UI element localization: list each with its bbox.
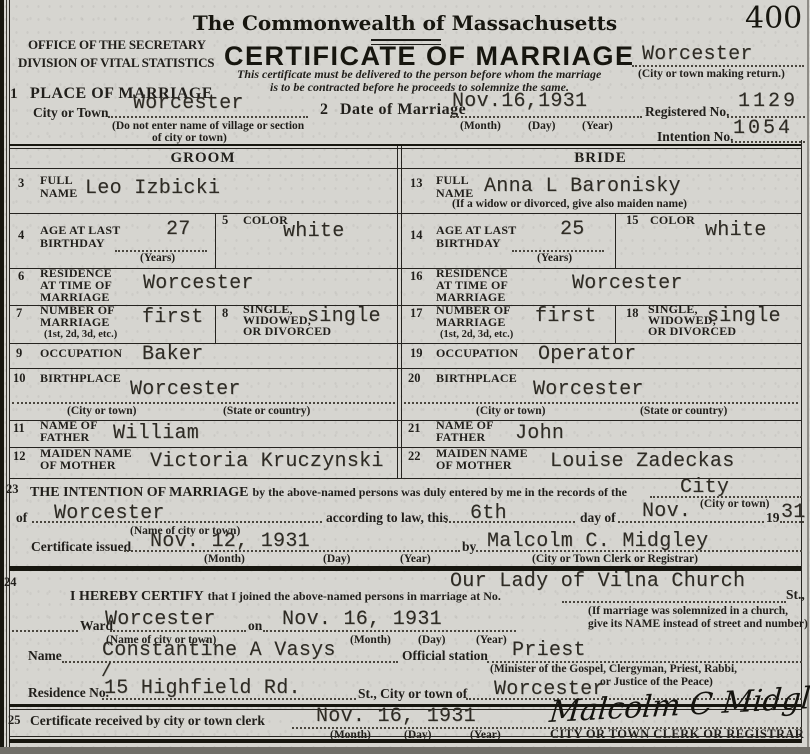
bride-marriagenum-value: first	[535, 306, 597, 327]
intention-lead-bold: THE INTENTION OF MARRIAGE	[30, 485, 248, 500]
intention-dayof-label: day of	[580, 511, 616, 525]
intention-month-value: Nov.	[642, 501, 691, 522]
intention-by-label: by	[462, 540, 476, 554]
bride-single-number: 18	[626, 307, 639, 320]
bride-fullname-note: (If a widow or divorced, give also maide…	[452, 198, 687, 210]
received-label: Certificate received by city or town cle…	[30, 714, 265, 728]
groom-residence-label3: MARRIAGE	[40, 291, 110, 304]
left-frame-rule	[9, 0, 10, 747]
registered-no-label: Registered No.	[645, 105, 729, 119]
certify-residence-value: 15 Highfield Rd.	[104, 678, 301, 699]
intention-year-prefix: 19	[766, 511, 780, 525]
page-bottom-edge	[0, 747, 810, 754]
row-rule-368	[9, 368, 801, 369]
intention-cert-label: Certificate issued	[31, 540, 131, 554]
intention-section-number: 23	[6, 483, 19, 496]
received-date-value: Nov. 16, 1931	[316, 706, 476, 727]
certify-place-dots	[562, 601, 786, 603]
row-rule-268	[9, 268, 801, 269]
groom-father-label2: FATHER	[40, 431, 89, 444]
groom-marriagenum-number: 7	[16, 307, 22, 320]
bride-occupation-number: 19	[410, 347, 423, 360]
bride-birthplace-dots	[404, 402, 798, 404]
city-or-town-label: City or Town	[33, 106, 109, 120]
intention-no-dots	[731, 141, 805, 143]
intention-year-value: 31	[781, 502, 806, 523]
date-of-marriage-value: Nov.16,1931	[452, 91, 587, 112]
page-right-edge	[807, 0, 809, 754]
groom-father-value: William	[113, 423, 199, 444]
bride-age-value: 25	[560, 219, 585, 240]
return-city-dots	[632, 65, 804, 67]
intention-lead: THE INTENTION OF MARRIAGE by the above-n…	[30, 484, 627, 501]
groom-occupation-number: 9	[16, 347, 22, 360]
bride-birthplace-value: Worcester	[533, 379, 644, 400]
intention-cert-year-label: (Year)	[400, 553, 431, 565]
certificate-note-line1: This certificate must be delivered to th…	[237, 68, 601, 81]
bride-age-label2: BIRTHDAY	[436, 237, 501, 250]
certify-station-label: Official station	[402, 649, 488, 663]
groom-fullname-label2: NAME	[40, 187, 77, 200]
bride-age-label1: AGE AT LAST	[436, 224, 516, 237]
intention-records-value: City	[680, 477, 729, 498]
groom-single-number: 8	[222, 307, 228, 320]
city-or-town-dots	[108, 116, 308, 118]
bride-age-color-divider	[615, 213, 616, 268]
right-frame-rule	[801, 140, 802, 743]
certify-church-note1: (If marriage was solemnized in a church,	[588, 605, 788, 617]
groom-fullname-value: Leo Izbicki	[85, 178, 220, 199]
intention-of-label: of	[16, 511, 27, 525]
groom-color-number: 5	[222, 214, 228, 227]
bride-color-value: white	[705, 220, 767, 241]
return-city-note: (City or town making return.)	[638, 68, 785, 80]
page-number: 400	[745, 3, 802, 35]
bride-color-number: 15	[626, 214, 639, 227]
bride-birthplace-city-note: (City or town)	[476, 405, 545, 417]
bride-residence-number: 16	[410, 270, 423, 283]
certify-on-label: on	[248, 619, 262, 633]
binding-line	[6, 0, 7, 748]
commonwealth-title: The Commonwealth of Massachusetts	[0, 13, 810, 34]
bride-marriagenum-note: (1st, 2d, 3d, etc.)	[440, 329, 513, 340]
bottom-rule-thin	[9, 736, 801, 737]
certify-lead: I HEREBY CERTIFY that I joined the above…	[70, 588, 501, 605]
groom-single-value: single	[307, 306, 381, 327]
table-top-rule-2	[9, 148, 801, 149]
certify-ward-value: Worcester	[105, 609, 216, 630]
groom-age-years-label: (Years)	[140, 252, 175, 264]
groom-age-label1: AGE AT LAST	[40, 224, 120, 237]
bride-fullname-value: Anna L Baronisky	[484, 176, 681, 197]
bottom-rule-heavy	[9, 739, 801, 743]
intention-cert-value: Nov. 12, 1931	[150, 531, 310, 552]
intention-day-value: 6th	[470, 503, 507, 524]
groom-birthplace-number: 10	[13, 372, 26, 385]
certify-station-note1: (Minister of the Gospel, Clergyman, Prie…	[490, 663, 737, 675]
header-row-rule	[9, 168, 801, 169]
bride-occupation-label: OCCUPATION	[436, 347, 518, 360]
center-divider-2	[401, 146, 402, 478]
groom-header: GROOM	[9, 151, 397, 167]
bride-mother-label2: OF MOTHER	[436, 459, 512, 472]
bride-birthplace-number: 20	[408, 372, 421, 385]
groom-color-value: white	[283, 221, 345, 242]
bride-residence-label3: MARRIAGE	[436, 291, 506, 304]
groom-age-value: 27	[166, 219, 191, 240]
row-rule-420	[9, 420, 801, 421]
city-or-town-value: Worcester	[133, 93, 244, 114]
binding-bar	[0, 0, 4, 748]
intention-records-note: (City or town)	[700, 498, 769, 510]
certify-church-note2: give its NAME instead of street and numb…	[588, 618, 808, 630]
groom-birthplace-dots	[12, 402, 395, 404]
certify-lead-bold: I HEREBY CERTIFY	[70, 589, 204, 604]
date-day-label: (Day)	[528, 120, 555, 132]
registered-no-value: 1129	[738, 91, 798, 112]
office-line-1: OFFICE OF THE SECRETARY	[28, 38, 206, 52]
bride-birthplace-state-note: (State or country)	[640, 405, 727, 417]
groom-birthplace-value: Worcester	[130, 379, 241, 400]
intention-day-dots	[445, 521, 575, 523]
groom-residence-number: 6	[18, 270, 24, 283]
intention-by-note: (City or Town Clerk or Registrar)	[532, 553, 698, 565]
groom-father-number: 11	[13, 422, 25, 435]
groom-age-label2: BIRTHDAY	[40, 237, 105, 250]
certify-st-label: St.,	[786, 588, 805, 602]
bride-single-value: single	[707, 306, 781, 327]
bride-mother-number: 22	[408, 450, 421, 463]
bride-father-value: John	[515, 423, 564, 444]
bride-header: BRIDE	[401, 151, 800, 167]
intention-no-value: 1054	[733, 118, 793, 139]
groom-marriagenum-label2: MARRIAGE	[40, 316, 110, 329]
groom-occupation-value: Baker	[142, 344, 204, 365]
bride-fullname-number: 13	[410, 177, 423, 190]
bride-father-label2: FATHER	[436, 431, 485, 444]
intention-cert-month-label: (Month)	[204, 553, 245, 565]
groom-birthplace-state-note: (State or country)	[223, 405, 310, 417]
center-divider-1	[397, 146, 398, 478]
marriage-certificate-document: The Commonwealth of Massachusetts 400 OF…	[0, 0, 810, 754]
groom-mother-value: Victoria Kruczynski	[150, 451, 384, 472]
table-top-rule-1	[9, 144, 801, 146]
certify-section-number: 24	[4, 576, 17, 589]
groom-occupation-label: OCCUPATION	[40, 347, 122, 360]
groom-birthplace-label: BIRTHPLACE	[40, 372, 121, 385]
place-item-number: 1	[10, 87, 19, 103]
groom-mother-label2: OF MOTHER	[40, 459, 116, 472]
bride-fullname-label1: FULL	[436, 174, 469, 187]
groom-marriagenum-value: first	[142, 307, 204, 328]
certify-residence-label: Residence No.	[28, 686, 109, 700]
certify-name-label: Name	[28, 649, 62, 663]
certify-lead-rest: that I joined the above-named persons in…	[208, 589, 501, 603]
date-item-number: 2	[320, 102, 329, 119]
intention-lead-rest: by the above-named persons was duly ente…	[252, 485, 627, 499]
city-note-line1: (Do not enter name of village or section	[112, 120, 304, 132]
date-year-label: (Year)	[582, 120, 613, 132]
groom-num-sw-divider	[215, 305, 216, 343]
certify-name-value: Constantine A Vasys	[102, 640, 336, 661]
certify-on-day-label: (Day)	[418, 634, 445, 646]
intention-law-text: according to law, this	[326, 511, 448, 525]
bride-num-sw-divider	[615, 305, 616, 343]
bride-marriagenum-number: 17	[410, 307, 423, 320]
intention-no-label: Intention No.	[657, 130, 734, 144]
bride-occupation-value: Operator	[538, 344, 636, 365]
intention-by-value: Malcolm C. Midgley	[487, 531, 708, 552]
received-section-number: 25	[8, 714, 21, 727]
groom-marriagenum-note: (1st, 2d, 3d, etc.)	[44, 329, 117, 340]
certify-on-month-label: (Month)	[350, 634, 391, 646]
certify-on-value: Nov. 16, 1931	[282, 609, 442, 630]
groom-fullname-number: 3	[18, 177, 24, 190]
groom-color-label: COLOR	[243, 214, 288, 227]
intention-cert-day-label: (Day)	[323, 553, 350, 565]
bride-birthplace-label: BIRTHPLACE	[436, 372, 517, 385]
groom-age-color-divider	[215, 213, 216, 268]
bride-color-label: COLOR	[650, 214, 695, 227]
bride-age-years-label: (Years)	[537, 252, 572, 264]
certify-station-value: Priest	[512, 640, 586, 661]
groom-age-number: 4	[18, 229, 24, 242]
row-rule-343	[9, 343, 801, 344]
bride-residence-value: Worcester	[572, 273, 683, 294]
city-note-line2: of city or town)	[152, 132, 227, 144]
bride-age-number: 14	[410, 229, 423, 242]
certify-stcity-label: St., City or town of	[358, 687, 467, 701]
bride-father-number: 21	[408, 422, 421, 435]
groom-birthplace-city-note: (City or town)	[67, 405, 136, 417]
intention-of-value: Worcester	[54, 503, 165, 524]
certify-on-year-label: (Year)	[476, 634, 507, 646]
bride-marriagenum-label2: MARRIAGE	[436, 316, 506, 329]
groom-fullname-label1: FULL	[40, 174, 73, 187]
bride-mother-value: Louise Zadeckas	[550, 451, 735, 472]
date-month-label: (Month)	[460, 120, 501, 132]
office-line-2: DIVISION OF VITAL STATISTICS	[18, 56, 214, 70]
certify-ward-predots	[12, 630, 78, 632]
groom-residence-value: Worcester	[143, 273, 254, 294]
groom-mother-number: 12	[13, 450, 26, 463]
return-city-value: Worcester	[642, 44, 753, 65]
date-dots	[450, 116, 642, 118]
date-of-marriage-label: Date of Marriage	[340, 102, 466, 119]
